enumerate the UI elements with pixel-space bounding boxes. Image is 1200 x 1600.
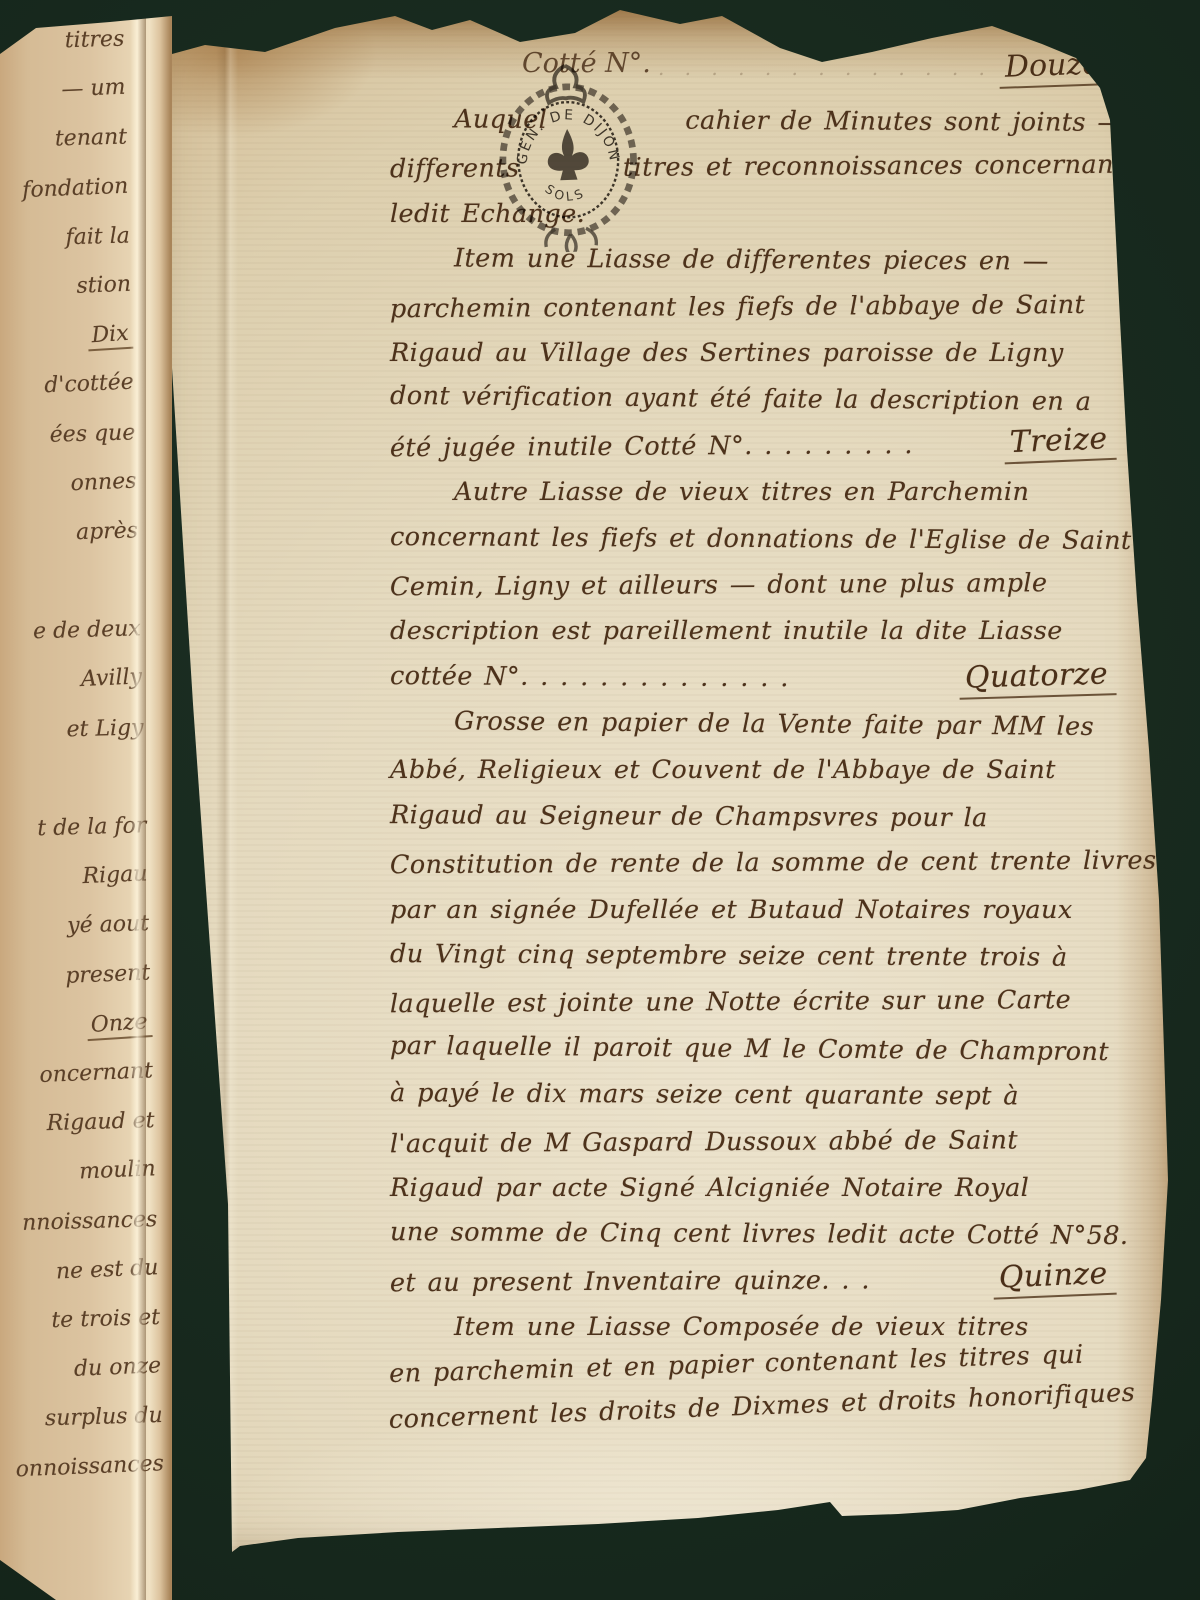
right-page: Cotté N°. . . . . . . . . . . . . . Douz… bbox=[138, 4, 1178, 1556]
left-page-fragment-text: onnes bbox=[70, 468, 137, 496]
manuscript-line: du Vingt cinq septembre seize cent trent… bbox=[390, 939, 1116, 989]
manuscript-line-text: concernant les fiefs et donnations de l'… bbox=[390, 522, 1132, 556]
manuscript-line-text: une somme de Cinq cent livres ledit acte… bbox=[390, 1217, 1129, 1251]
left-page-fragment: surplus du bbox=[38, 1403, 167, 1456]
left-page-fragment-text: surplus du bbox=[45, 1403, 163, 1431]
manuscript-line: cottée N°. . . . . . . . . . . . . .Quat… bbox=[390, 661, 1116, 711]
manuscript-line-text: Cemin, Ligny et ailleurs — dont une plus… bbox=[390, 568, 1048, 602]
manuscript-line: l'acquit de M Gaspard Dussoux abbé de Sa… bbox=[390, 1124, 1116, 1175]
manuscript-line-text: Item une Liasse Composée de vieux titres bbox=[454, 1312, 1029, 1342]
manuscript-line-text: dont vérification ayant été faite la des… bbox=[390, 381, 1091, 417]
manuscript-line-text: Constitution de rente de la somme de cen… bbox=[390, 846, 1157, 881]
manuscript-line-text: Rigaud au Seigneur de Champsvres pour la bbox=[390, 800, 988, 833]
left-page-fragment-text: d'cottée bbox=[44, 370, 134, 399]
left-page-fragment bbox=[15, 566, 145, 621]
manuscript-line: été jugée inutile Cotté N°. . . . . . . … bbox=[390, 429, 1116, 480]
manuscript-line-text: l'acquit de M Gaspard Dussoux abbé de Sa… bbox=[390, 1125, 1018, 1159]
left-page-fragment: e de deux bbox=[16, 616, 145, 669]
left-page-fragment-text: Onze bbox=[86, 1009, 152, 1041]
item-number-label: Quinze bbox=[992, 1255, 1116, 1299]
left-page-fragment-text: oncernant bbox=[39, 1058, 154, 1088]
right-edge-stain bbox=[1116, 74, 1178, 1506]
manuscript-line: et au present Inventaire quinze. . .Quin… bbox=[390, 1264, 1116, 1315]
manuscript-line-text: et au present Inventaire quinze. . . bbox=[390, 1265, 870, 1298]
left-page-fragment: Dix bbox=[8, 321, 137, 374]
left-page-fragment-text: e de deux bbox=[33, 617, 141, 645]
left-page-fragment bbox=[20, 763, 150, 818]
manuscript-line: laquelle est jointe une Notte écrite sur… bbox=[390, 985, 1116, 1036]
manuscript-line-text: du Vingt cinq septembre seize cent trent… bbox=[390, 939, 1068, 973]
left-page-fragment-text: après bbox=[76, 518, 139, 545]
manuscript-line: Rigaud au Seigneur de Champsvres pour la bbox=[390, 800, 1116, 850]
left-page-fragment: après bbox=[14, 518, 143, 571]
left-page-fragment-text: fondation bbox=[22, 173, 129, 202]
left-page-fragment: Onze bbox=[27, 1010, 156, 1063]
left-page-edge: titresum —tenantfondationfait lastionDix… bbox=[0, 0, 172, 1600]
generalite-dijon-stamp: GEN. DE DIJON SOLS bbox=[469, 53, 668, 256]
manuscript-line: Abbé, Religieux et Couvent de l'Abbaye d… bbox=[390, 755, 1116, 801]
left-page-fragment-text: et Ligy bbox=[66, 715, 144, 742]
left-page-fragment: tenant bbox=[3, 125, 132, 178]
left-page-fragment-text: um — bbox=[61, 75, 126, 103]
left-page-fragment: onnes bbox=[12, 468, 142, 523]
manuscript-line: parchemin contenant les fiefs de l'abbay… bbox=[390, 289, 1116, 340]
stamp-graphic: GEN. DE DIJON SOLS bbox=[469, 53, 668, 256]
left-page-fragment: yé aout bbox=[25, 911, 154, 964]
left-page-fragment-text: du onze bbox=[73, 1353, 161, 1382]
left-page-fragment: nnoissances bbox=[33, 1206, 162, 1259]
left-page-fragment-text: fait la bbox=[65, 223, 130, 250]
manuscript-line-text: Abbé, Religieux et Couvent de l'Abbaye d… bbox=[390, 755, 1056, 785]
left-page-fragment: titres bbox=[0, 26, 129, 79]
manuscript-line-text: Grosse en papier de la Vente faite par M… bbox=[454, 706, 1094, 742]
left-page-fragment: te trois et bbox=[36, 1305, 165, 1358]
left-page-fragment-text: Avilly bbox=[81, 665, 143, 693]
item-number-label: Treize bbox=[1004, 421, 1117, 465]
left-page-fragment-text: ées que bbox=[49, 420, 135, 447]
left-page-fragment-text: Rigaud et bbox=[46, 1108, 155, 1136]
manuscript-line: Rigaud par acte Signé Alcigniée Notaire … bbox=[390, 1173, 1116, 1219]
left-page-fragment: oncernant bbox=[29, 1058, 159, 1113]
left-page-fragment: um — bbox=[1, 75, 131, 130]
manuscript-line-text: description est pareillement inutile la … bbox=[390, 616, 1063, 646]
left-page-fragment: du onze bbox=[37, 1353, 167, 1408]
left-page-fragment-text: stion bbox=[76, 272, 132, 299]
left-page-fragment-text: t de la for bbox=[37, 813, 147, 841]
left-page-fragment: ne est du bbox=[34, 1255, 164, 1310]
manuscript-line: concernant les fiefs et donnations de l'… bbox=[390, 522, 1116, 572]
left-page-fragment: present bbox=[26, 960, 156, 1015]
left-page-fragment: Rigau bbox=[23, 861, 153, 916]
manuscript-line: par an signée Dufellée et Butaud Notaire… bbox=[390, 895, 1116, 941]
manuscript-line: Cemin, Ligny et ailleurs — dont une plus… bbox=[390, 568, 1116, 619]
left-page-fragment: d'cottée bbox=[9, 370, 139, 425]
manuscript-line-text: Rigaud par acte Signé Alcigniée Notaire … bbox=[390, 1173, 1029, 1203]
left-page-fragment-text: nnoissances bbox=[22, 1207, 158, 1236]
item-number-douze: Douze bbox=[998, 46, 1108, 89]
left-page-lines: titresum —tenantfondationfait lastionDix… bbox=[0, 26, 169, 1505]
ghost-dotted-leader: . . . . . . . . . . . . . bbox=[651, 48, 999, 80]
manuscript-line: par laquelle il paroit que M le Comte de… bbox=[390, 1031, 1116, 1084]
manuscript-line: description est pareillement inutile la … bbox=[390, 616, 1116, 662]
right-page-lines: Auquel cahier de Minutes sont joints —di… bbox=[390, 106, 1116, 1451]
left-page-fragment-text: titres bbox=[64, 27, 124, 54]
left-page-fragment-text: Rigau bbox=[82, 862, 148, 890]
left-page-fragment-text: onnoissances bbox=[15, 1452, 164, 1483]
left-page-fragment: t de la for bbox=[22, 813, 151, 866]
manuscript-line-text: parchemin contenant les fiefs de l'abbay… bbox=[390, 290, 1085, 324]
manuscript-line-text: par laquelle il paroit que M le Comte de… bbox=[390, 1031, 1109, 1067]
left-page-fragment: onnoissances bbox=[40, 1451, 170, 1506]
fleur-de-lis-icon bbox=[547, 128, 590, 180]
left-page-fragment-text: moulin bbox=[79, 1157, 157, 1185]
manuscript-line: Autre Liasse de vieux titres en Parchemi… bbox=[390, 477, 1116, 523]
manuscript-line-text: Autre Liasse de vieux titres en Parchemi… bbox=[454, 477, 1029, 507]
manuscript-line-text: été jugée inutile Cotté N°. . . . . . . … bbox=[390, 430, 913, 463]
left-page-fragment-text: ne est du bbox=[55, 1255, 159, 1284]
manuscript-line-text: Rigaud au Village des Sertines paroisse … bbox=[390, 338, 1064, 368]
manuscript-line-text: cottée N°. . . . . . . . . . . . . . bbox=[390, 661, 789, 693]
manuscript-photo: Cotté N°. . . . . . . . . . . . . . Douz… bbox=[0, 0, 1200, 1600]
manuscript-line-text: à payé le dix mars seize cent quarante s… bbox=[390, 1078, 1019, 1111]
manuscript-line-text: par an signée Dufellée et Butaud Notaire… bbox=[390, 895, 1073, 925]
manuscript-line: Grosse en papier de la Vente faite par M… bbox=[390, 706, 1116, 759]
left-page-fragment: fondation bbox=[4, 173, 134, 228]
left-page-fragment: et Ligy bbox=[19, 715, 148, 768]
left-page-fragment-text: Dix bbox=[87, 321, 134, 352]
left-page-fragment: Rigaud et bbox=[30, 1108, 159, 1161]
manuscript-line: à payé le dix mars seize cent quarante s… bbox=[390, 1078, 1116, 1128]
manuscript-line-text: laquelle est jointe une Notte écrite sur… bbox=[390, 985, 1071, 1019]
item-number-label: Quatorze bbox=[958, 656, 1116, 700]
left-page-fragment: ées que bbox=[11, 420, 140, 473]
stamp-value-text: SOLS bbox=[542, 180, 588, 205]
manuscript-line: Rigaud au Village des Sertines paroisse … bbox=[390, 338, 1116, 384]
left-page-fragment-text: te trois et bbox=[51, 1305, 160, 1333]
left-page-fragment: Avilly bbox=[18, 665, 148, 720]
left-page-fragment-text: tenant bbox=[55, 125, 128, 152]
left-page-fragment: fait la bbox=[5, 223, 134, 276]
left-page-fragment-text: present bbox=[65, 960, 151, 989]
vertical-crease bbox=[216, 4, 238, 1556]
left-page-fragment: stion bbox=[7, 271, 137, 326]
manuscript-line: Constitution de rente de la somme de cen… bbox=[390, 846, 1116, 897]
left-page-fragment-text: yé aout bbox=[67, 912, 149, 939]
left-page-fragment: moulin bbox=[31, 1156, 161, 1211]
